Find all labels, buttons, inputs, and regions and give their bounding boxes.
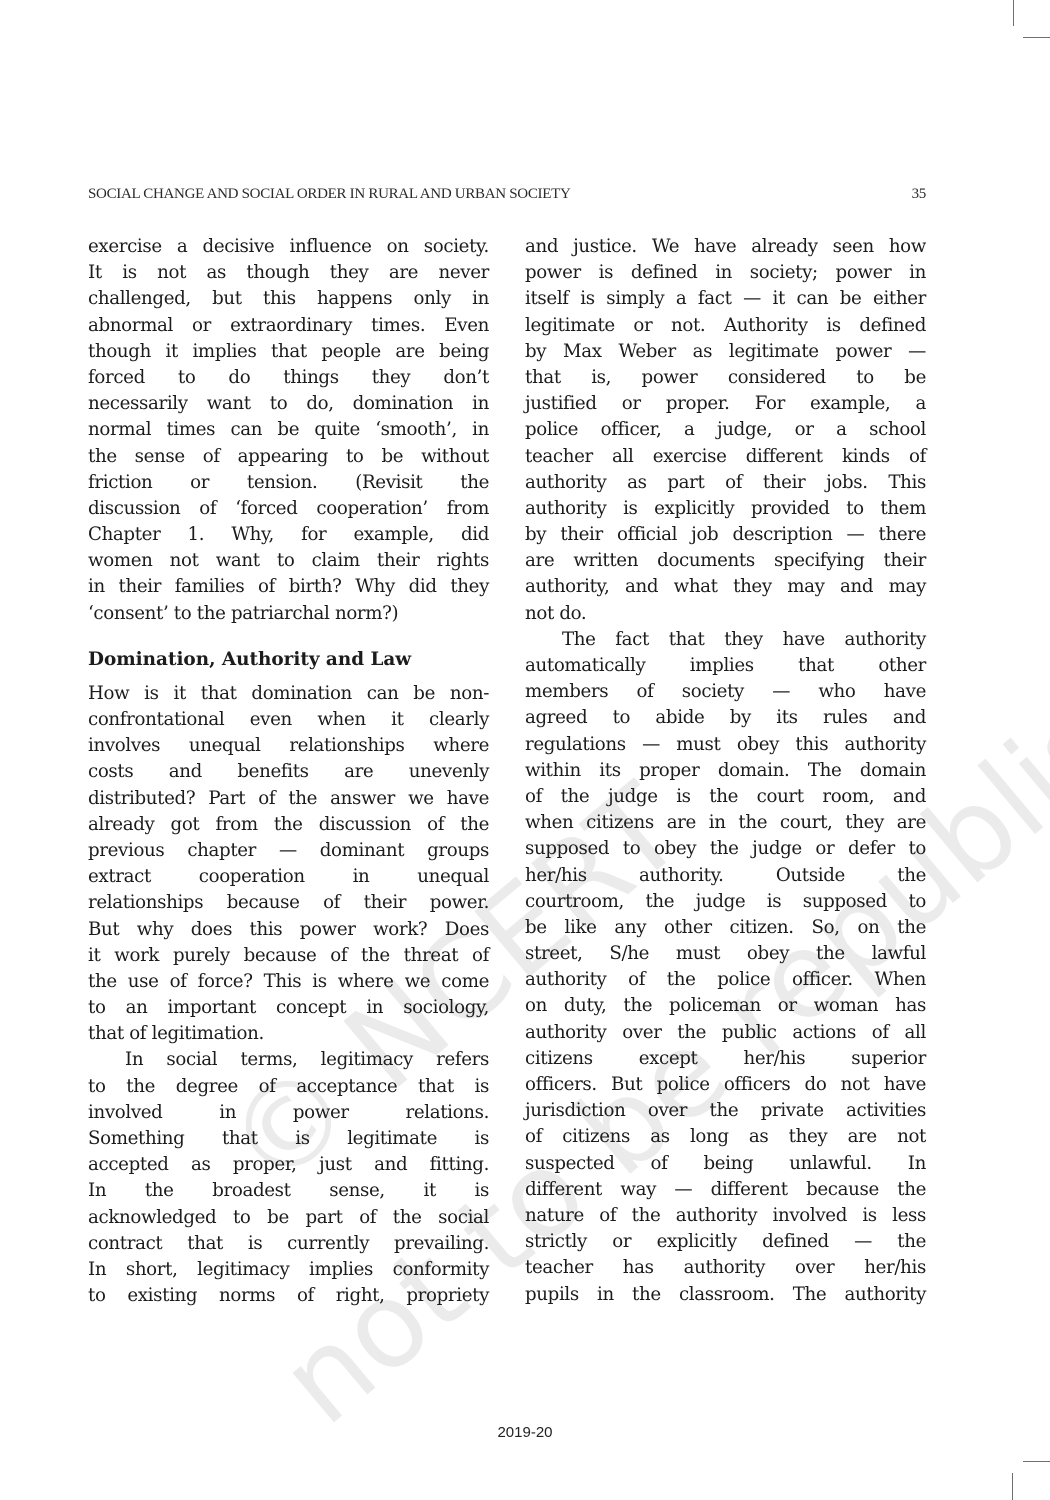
left-column: exercise a decisive influence on society… bbox=[88, 234, 489, 1309]
text-line: citizens except her/his superior bbox=[525, 1046, 926, 1072]
text-line: ‘consent’ to the patriarchal norm?) bbox=[88, 601, 489, 627]
text-line: on duty, the policeman or woman has bbox=[525, 993, 926, 1019]
text-line: legitimate or not. Authority is defined bbox=[525, 313, 926, 339]
text-line: when citizens are in the court, they are bbox=[525, 810, 926, 836]
text-line: authority as part of their jobs. This bbox=[525, 470, 926, 496]
text-line: Chapter 1. Why, for example, did bbox=[88, 522, 489, 548]
text-line: challenged, but this happens only in bbox=[88, 286, 489, 312]
footer-year: 2019-20 bbox=[0, 1424, 1050, 1441]
text-line: members of society — who have bbox=[525, 679, 926, 705]
text-line: automatically implies that other bbox=[525, 653, 926, 679]
text-line: not do. bbox=[525, 601, 926, 627]
text-line: authority, and what they may and may bbox=[525, 574, 926, 600]
crop-mark-top-right-vertical bbox=[1013, 0, 1014, 26]
text-line: itself is simply a fact — it can be eith… bbox=[525, 286, 926, 312]
crop-mark-top-right-horizontal bbox=[1023, 37, 1050, 38]
text-line: How is it that domination can be non- bbox=[88, 681, 489, 707]
text-line: extract cooperation in unequal bbox=[88, 864, 489, 890]
text-line: normal times can be quite ‘smooth’, in bbox=[88, 417, 489, 443]
text-line: forced to do things they don’t bbox=[88, 365, 489, 391]
text-line: involved in power relations. bbox=[88, 1100, 489, 1126]
text-line: necessarily want to do, domination in bbox=[88, 391, 489, 417]
text-line: acknowledged to be part of the social bbox=[88, 1205, 489, 1231]
text-line: confrontational even when it clearly bbox=[88, 707, 489, 733]
paragraph-legitimacy-definition: In social terms, legitimacy refers to th… bbox=[88, 1047, 489, 1309]
section-heading: Domination, Authority and Law bbox=[88, 647, 489, 673]
text-line: contract that is currently prevailing. bbox=[88, 1231, 489, 1257]
text-line: Something that is legitimate is bbox=[88, 1126, 489, 1152]
text-line: that of legitimation. bbox=[88, 1021, 489, 1047]
text-line: by their official job description — ther… bbox=[525, 522, 926, 548]
text-line: to the degree of acceptance that is bbox=[88, 1074, 489, 1100]
text-line: agreed to abide by its rules and bbox=[525, 705, 926, 731]
text-line: officers. But police officers do not hav… bbox=[525, 1072, 926, 1098]
paragraph-authority-domain: The fact that they have authority automa… bbox=[525, 627, 926, 1308]
text-line: though it implies that people are being bbox=[88, 339, 489, 365]
crop-mark-bottom-right-vertical bbox=[1012, 1473, 1013, 1500]
text-line: in their families of birth? Why did they bbox=[88, 574, 489, 600]
text-line: already got from the discussion of the bbox=[88, 812, 489, 838]
text-line: regulations — must obey this authority bbox=[525, 732, 926, 758]
text-line: strictly or explicitly defined — the bbox=[525, 1229, 926, 1255]
text-line: pupils in the classroom. The authority bbox=[525, 1282, 926, 1308]
text-line: power is defined in society; power in bbox=[525, 260, 926, 286]
text-line: friction or tension. (Revisit the bbox=[88, 470, 489, 496]
text-line: women not want to claim their rights bbox=[88, 548, 489, 574]
text-line: different way — different because the bbox=[525, 1177, 926, 1203]
text-line: to existing norms of right, propriety bbox=[88, 1283, 489, 1309]
text-line: jurisdiction over the private activities bbox=[525, 1098, 926, 1124]
text-line: by Max Weber as legitimate power — bbox=[525, 339, 926, 365]
text-line: costs and benefits are unevenly bbox=[88, 759, 489, 785]
text-line: involves unequal relationships where bbox=[88, 733, 489, 759]
text-line: suspected of being unlawful. In bbox=[525, 1151, 926, 1177]
text-line: In social terms, legitimacy refers bbox=[88, 1047, 489, 1073]
text-line: The fact that they have authority bbox=[525, 627, 926, 653]
text-line: police officer, a judge, or a school bbox=[525, 417, 926, 443]
crop-mark-bottom-right-horizontal bbox=[1023, 1461, 1050, 1462]
page-number: 35 bbox=[912, 186, 926, 203]
text-line: But why does this power work? Does bbox=[88, 917, 489, 943]
text-line: discussion of ‘forced cooperation’ from bbox=[88, 496, 489, 522]
text-line: courtroom, the judge is supposed to bbox=[525, 889, 926, 915]
text-line: supposed to obey the judge or defer to bbox=[525, 836, 926, 862]
text-line: of citizens as long as they are not bbox=[525, 1124, 926, 1150]
text-line: to an important concept in sociology, bbox=[88, 995, 489, 1021]
running-title: SOCIAL CHANGE AND SOCIAL ORDER IN RURAL … bbox=[88, 186, 571, 203]
text-line: distributed? Part of the answer we have bbox=[88, 786, 489, 812]
text-line: teacher all exercise different kinds of bbox=[525, 444, 926, 470]
text-line: In the broadest sense, it is bbox=[88, 1178, 489, 1204]
text-line: justified or proper. For example, a bbox=[525, 391, 926, 417]
text-line: street, S/he must obey the lawful bbox=[525, 941, 926, 967]
text-line: teacher has authority over her/his bbox=[525, 1255, 926, 1281]
text-line: be like any other citizen. So, on the bbox=[525, 915, 926, 941]
text-line: nature of the authority involved is less bbox=[525, 1203, 926, 1229]
text-line: the sense of appearing to be without bbox=[88, 444, 489, 470]
text-line: previous chapter — dominant groups bbox=[88, 838, 489, 864]
text-line: accepted as proper, just and fitting. bbox=[88, 1152, 489, 1178]
text-line: exercise a decisive influence on society… bbox=[88, 234, 489, 260]
text-line: within its proper domain. The domain bbox=[525, 758, 926, 784]
text-line: authority of the police officer. When bbox=[525, 967, 926, 993]
paragraph-authority-weber: and justice. We have already seen how po… bbox=[525, 234, 926, 627]
text-line: the use of force? This is where we come bbox=[88, 969, 489, 995]
text-line: In short, legitimacy implies conformity bbox=[88, 1257, 489, 1283]
text-line: it work purely because of the threat of bbox=[88, 943, 489, 969]
text-line: are written documents specifying their bbox=[525, 548, 926, 574]
text-line: authority is explicitly provided to them bbox=[525, 496, 926, 522]
text-line: of the judge is the court room, and bbox=[525, 784, 926, 810]
paragraph-legitimation-question: How is it that domination can be non- co… bbox=[88, 681, 489, 1048]
running-header: SOCIAL CHANGE AND SOCIAL ORDER IN RURAL … bbox=[88, 186, 926, 203]
text-line: that is, power considered to be bbox=[525, 365, 926, 391]
text-line: authority over the public actions of all bbox=[525, 1020, 926, 1046]
paragraph-domination-smooth: exercise a decisive influence on society… bbox=[88, 234, 489, 627]
text-line: relationships because of their power. bbox=[88, 890, 489, 916]
text-line: and justice. We have already seen how bbox=[525, 234, 926, 260]
text-line: It is not as though they are never bbox=[88, 260, 489, 286]
text-line: her/his authority. Outside the bbox=[525, 863, 926, 889]
text-line: abnormal or extraordinary times. Even bbox=[88, 313, 489, 339]
right-column: and justice. We have already seen how po… bbox=[525, 234, 926, 1308]
